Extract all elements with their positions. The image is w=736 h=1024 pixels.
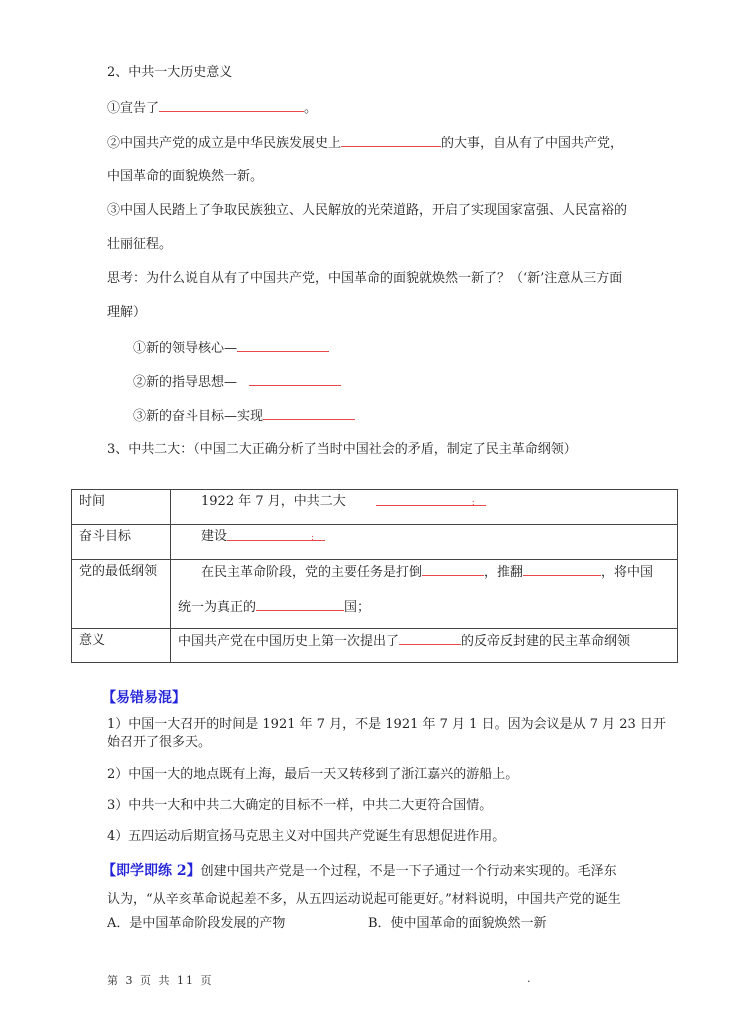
sub-item-2: ②新的指导思想—	[133, 373, 341, 392]
item2-pre: ②中国共产党的成立是中华民族发展史上	[107, 136, 341, 151]
fill-blank[interactable]	[237, 339, 329, 352]
item2: ②中国共产党的成立是中华民族发展史上的大事，自从有了中国共产党，	[107, 134, 623, 153]
row-label: 时间	[72, 490, 171, 525]
page-number: 第 3 页 共 11 页	[107, 972, 213, 988]
table-row: 意义 中国共产党在中国历史上第一次提出了的反帝反封建的民主革命纲领	[72, 629, 678, 663]
sub-item-3: ③新的奋斗目标—实现	[133, 407, 355, 426]
item1-pre: ①宣告了	[107, 101, 159, 116]
content-text: 统一为真正的	[178, 600, 256, 615]
blank-mark: :	[472, 498, 475, 508]
confusion-item: 2）中国一大的地点既有上海，最后一天又转移到了浙江嘉兴的游船上。	[107, 766, 518, 784]
section3-heading: 3、中共二大：（中国二大正确分析了当时中国社会的矛盾，制定了民主革命纲领）	[107, 441, 577, 459]
confusion-item-cont: 始召开了很多天。	[107, 734, 211, 752]
row-label: 意义	[72, 629, 171, 663]
sub3-label: ③新的奋斗目标—实现	[133, 409, 263, 424]
fill-blank[interactable]	[159, 99, 304, 112]
sub2-label: ②新的指导思想—	[133, 375, 237, 390]
row-content: 在民主革命阶段，党的主要任务是打倒，推翻，将中国 统一为真正的国；	[171, 560, 678, 629]
row-content: 建设:	[171, 525, 678, 560]
fill-blank[interactable]	[256, 598, 344, 611]
confusion-item: 1）中国一大召开的时间是 1921 年 7 月，不是 1921 年 7 月 1 …	[107, 716, 666, 734]
item1-post: 。	[304, 101, 317, 116]
fill-blank[interactable]	[422, 563, 484, 576]
option-b[interactable]: B．使中国革命的面貌焕然一新	[368, 915, 547, 933]
fill-blank[interactable]	[523, 563, 601, 576]
fill-blank[interactable]: :	[227, 528, 325, 541]
item3: ③中国人民踏上了争取民族独立、人民解放的光荣道路，开启了实现国家富强、人民富裕的	[107, 202, 627, 220]
confusion-heading: 【易错易混】	[102, 689, 186, 707]
row-label: 奋斗目标	[72, 525, 171, 560]
fill-blank[interactable]	[249, 373, 341, 386]
row-label: 党的最低纲领	[72, 560, 171, 629]
item2-cont: 中国革命的面貌焕然一新。	[107, 168, 263, 186]
content-text: ，推翻	[484, 565, 523, 580]
item2-post: 的大事，自从有了中国共产党，	[441, 136, 623, 151]
content-text: 的反帝反封建的民主革命纲领	[461, 634, 630, 649]
section2-heading: 2、中共一大历史意义	[107, 64, 232, 82]
practice-text: 创建中国共产党是一个过程，不是一下子通过一个行动来实现的。毛泽东	[201, 864, 617, 879]
sub-item-1: ①新的领导核心—	[133, 339, 329, 358]
table-row: 时间 1922 年 7 月，中共二大:	[72, 490, 678, 525]
item3-cont: 壮丽征程。	[107, 236, 172, 254]
item1: ①宣告了。	[107, 99, 317, 118]
think-question: 思考：为什么说自从有了中国共产党，中国革命的面貌就焕然一新了？（‘新’注意从三方…	[107, 270, 622, 288]
practice-heading: 【即学即练 2】	[102, 863, 201, 879]
content-text: 在民主革命阶段，党的主要任务是打倒	[201, 565, 422, 580]
fill-blank[interactable]	[341, 134, 441, 147]
confusion-item: 3）中共一大和中共二大确定的目标不一样，中共二大更符合国情。	[107, 797, 492, 815]
blank-mark: :	[311, 533, 314, 543]
practice-text-cont: 认为，“从辛亥革命说起差不多，从五四运动说起可能更好。”材料说明，中国共产党的诞…	[107, 891, 621, 909]
option-a[interactable]: A．是中国革命阶段发展的产物	[107, 915, 285, 933]
practice-question: 【即学即练 2】创建中国共产党是一个过程，不是一下子通过一个行动来实现的。毛泽东	[102, 862, 617, 881]
content-text: 1922 年 7 月，中共二大	[201, 494, 346, 509]
table-row: 奋斗目标 建设:	[72, 525, 678, 560]
sub1-label: ①新的领导核心—	[133, 341, 237, 356]
confusion-item: 4）五四运动后期宣扬马克思主义对中国共产党诞生有思想促进作用。	[107, 828, 505, 846]
fill-blank[interactable]	[399, 632, 461, 645]
cpc-second-congress-table: 时间 1922 年 7 月，中共二大: 奋斗目标 建设: 党的最低纲领 在民主革…	[71, 489, 678, 663]
content-text: 中国共产党在中国历史上第一次提出了	[178, 634, 399, 649]
fill-blank[interactable]: :	[376, 493, 486, 506]
think-question-cont: 理解）	[107, 304, 146, 322]
fill-blank[interactable]	[263, 407, 355, 420]
row-content: 1922 年 7 月，中共二大:	[171, 490, 678, 525]
table-row: 党的最低纲领 在民主革命阶段，党的主要任务是打倒，推翻，将中国 统一为真正的国；	[72, 560, 678, 629]
footer-dot: .	[527, 972, 531, 985]
content-text: 国；	[344, 600, 370, 615]
content-text: 建设	[201, 529, 227, 544]
content-text: ，将中国	[601, 565, 653, 580]
row-content: 中国共产党在中国历史上第一次提出了的反帝反封建的民主革命纲领	[171, 629, 678, 663]
